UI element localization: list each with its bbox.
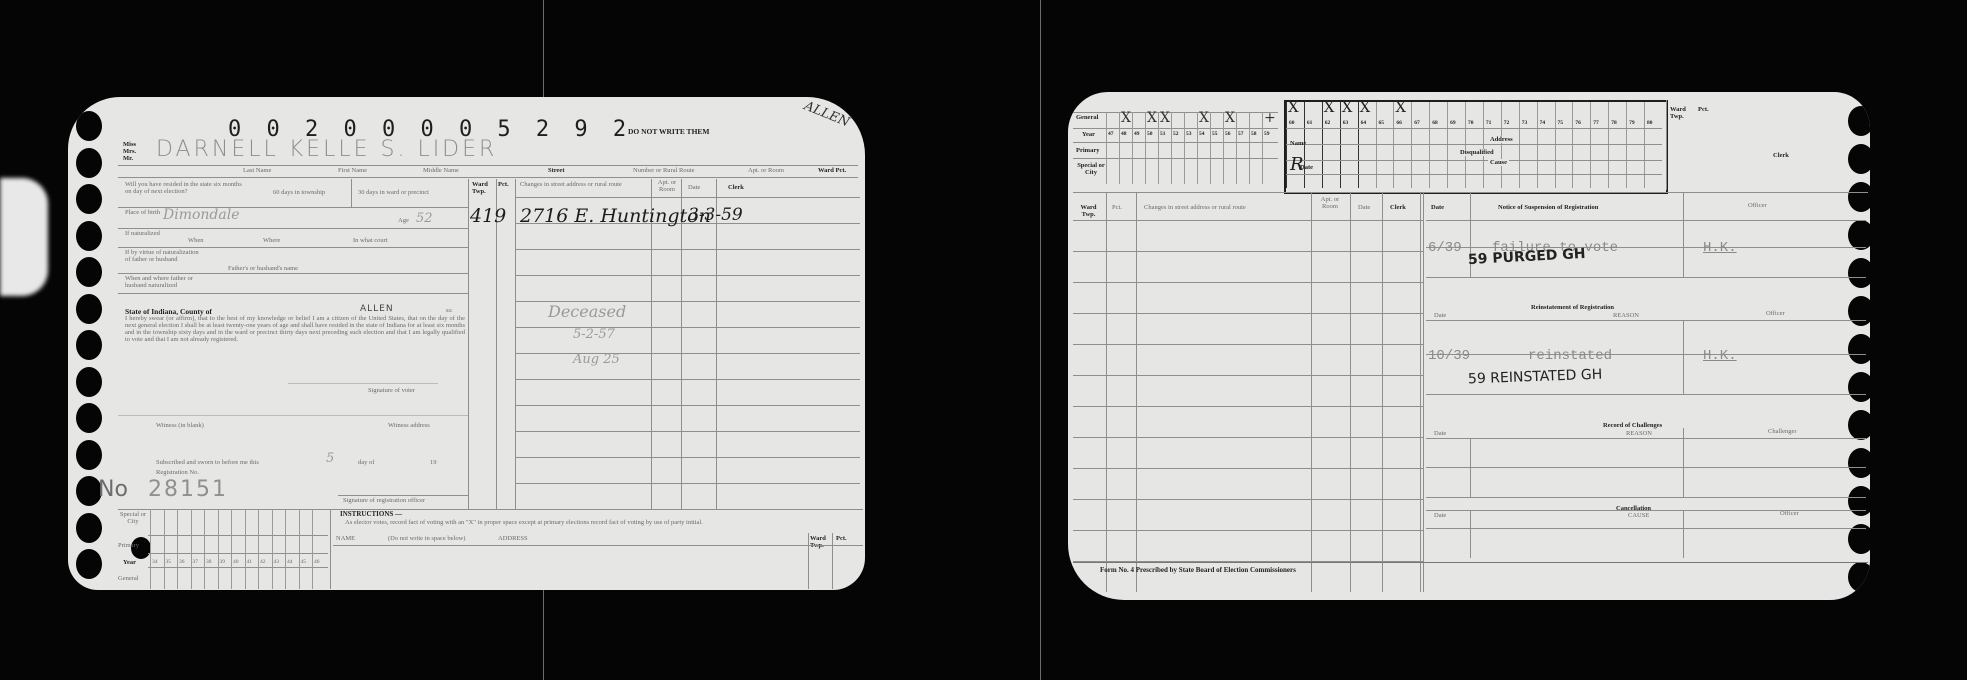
vote-grid-column: 50X (1145, 112, 1159, 184)
back-col-pct: Pct. (1112, 204, 1122, 211)
father-name-label: Father's or husband's name (228, 265, 298, 272)
label-apt-room: Apt. or Room (748, 167, 784, 174)
vote-grid-column: 71 (1483, 102, 1501, 188)
year-label: 71 (1486, 120, 1492, 127)
table-rule (515, 353, 860, 354)
vote-grid-column: 37 (191, 509, 205, 589)
year-label: 57 (1238, 131, 1244, 138)
year-label: 77 (1593, 120, 1599, 127)
instructions-text: As elector votes, record fact of voting … (345, 519, 795, 526)
col-ward-twp: Ward Twp. (472, 181, 496, 195)
age-value: 52 (416, 211, 433, 226)
year-label: 75 (1558, 120, 1564, 127)
birth-place: Dimondale (163, 207, 240, 223)
year-label: 60 (1289, 120, 1295, 127)
vote-grid-column: 61 (1304, 102, 1322, 188)
year-label: 76 (1575, 120, 1581, 127)
vote-grid-column: 63X (1340, 102, 1358, 188)
subscribed-year: 19 (430, 459, 437, 466)
corner-note: ALLEN (802, 99, 852, 131)
reinstatement-col-reason: REASON (1613, 312, 1639, 319)
year-label: 38 (206, 559, 212, 566)
punch-hole (76, 440, 102, 470)
cancellation-col-officer: Officer (1780, 510, 1799, 517)
oath-text: I hereby swear (or affirm), that to the … (125, 315, 465, 343)
residency-question: Will you have resided in the state six m… (125, 181, 245, 195)
punch-hole (76, 257, 102, 287)
cancellation-col-date: Date (1434, 512, 1446, 519)
title-mr: Mr. (123, 155, 133, 162)
year-label: 56 (1225, 131, 1231, 138)
suspension-col-officer: Officer (1748, 202, 1767, 209)
pencil-note-aug: Aug 25 (573, 352, 620, 367)
year-label: 58 (1251, 131, 1257, 138)
year-label: 62 (1325, 120, 1331, 127)
grid-label-primary: Primary (118, 542, 139, 549)
table-rule (1426, 497, 1866, 498)
witness-address-label: Witness address (388, 422, 430, 429)
vote-grid-column: 36 (177, 509, 191, 589)
col-date: Date (688, 184, 700, 191)
vote-grid-column: 47 (1106, 112, 1120, 184)
pencil-note-deceased: Deceased (548, 302, 626, 321)
registration-number: 28151 (148, 477, 228, 502)
reinstatement-title: Reinstatement of Registration (1531, 304, 1614, 311)
year-label: 63 (1343, 120, 1349, 127)
registration-card-front: 0 0 2 0 0 0 0 5 2 9 2 DO NOT WRITE THEM … (68, 97, 865, 590)
scan-divider-line (1040, 0, 1041, 680)
back-col-date: Date (1358, 204, 1370, 211)
year-label: 79 (1629, 120, 1635, 127)
back-grid-label-general: General (1076, 114, 1098, 121)
year-label: 70 (1468, 120, 1474, 127)
grid-label-year: Year (123, 559, 136, 566)
vote-grid-column: 38 (204, 509, 218, 589)
vote-grid-column: 43 (272, 509, 286, 589)
vote-mark: X (1395, 98, 1406, 116)
vote-mark: X (1360, 98, 1371, 116)
reinstatement-officer: H.K. (1703, 348, 1737, 364)
grid-label-special: Special or City (118, 511, 148, 525)
naturalized-label: If naturalized (125, 230, 160, 237)
vote-grid-column: 76 (1572, 102, 1590, 188)
vote-grid-column: 58 (1249, 112, 1263, 184)
reinstatement-reason: reinstated (1528, 348, 1612, 364)
punch-hole (1848, 448, 1870, 478)
table-rule (1073, 468, 1423, 469)
overlay-handwritten-r: R (1290, 154, 1304, 175)
table-rule (1426, 277, 1866, 278)
punch-hole (76, 294, 102, 324)
punch-hole (76, 184, 102, 214)
year-label: 35 (166, 559, 172, 566)
col-pct: Pct. (498, 181, 509, 188)
reinstated-stamp: 59 REINSTATED GH (1468, 367, 1603, 388)
year-label: 78 (1611, 120, 1617, 127)
punch-hole (76, 549, 102, 579)
year-label: 66 (1396, 120, 1402, 127)
punch-hole (76, 330, 102, 360)
table-rule (1426, 220, 1866, 221)
year-label: 47 (1108, 131, 1114, 138)
punch-hole (1848, 486, 1870, 516)
col-clerk: Clerk (728, 184, 744, 191)
vote-mark: X (1199, 110, 1209, 126)
vote-grid-column: 54X (1197, 112, 1211, 184)
reinstatement-col-date: Date (1434, 312, 1446, 319)
challenges-col-date: Date (1434, 430, 1446, 437)
table-rule (515, 379, 860, 380)
vote-grid-column: 59+ (1262, 112, 1276, 184)
birth-label: Place of birth (125, 209, 165, 216)
residency-ward: 30 days in ward or precinct (358, 189, 438, 196)
vote-grid-column: 35 (164, 509, 178, 589)
punch-hole (76, 111, 102, 141)
year-label: 36 (179, 559, 185, 566)
voter-name: DARNELL KELLE S. LIDER (156, 137, 497, 162)
table-rule (515, 431, 860, 432)
table-rule (1073, 499, 1423, 500)
reinstatement-date: 10/39 (1428, 348, 1470, 364)
year-label: 53 (1186, 131, 1192, 138)
year-label: 46 (314, 559, 320, 566)
grid-rule (1286, 144, 1662, 145)
vote-grid-column: 40 (231, 509, 245, 589)
pencil-note-date: 5-2-57 (573, 327, 615, 342)
label-middle-name: Middle Name (423, 167, 459, 174)
vote-grid-column: 70 (1465, 102, 1483, 188)
registration-no-label: Registration No. (156, 469, 199, 476)
witness-name-label: Witness (in blank) (156, 422, 204, 429)
year-label: 34 (152, 559, 158, 566)
year-label: 59 (1264, 131, 1270, 138)
back-grid-label-special: Special or City (1076, 162, 1106, 176)
punch-hole (76, 221, 102, 251)
back-col-address: Changes in street address or rural route (1144, 204, 1246, 211)
year-label: 54 (1199, 131, 1205, 138)
year-label: 37 (193, 559, 199, 566)
vote-grid-column: 67 (1411, 102, 1429, 188)
vote-grid-column: 64X (1358, 102, 1376, 188)
vote-mark: + (1264, 110, 1276, 126)
vote-grid-column: 55 (1210, 112, 1224, 184)
vote-mark: X (1288, 98, 1299, 116)
col-address-changes: Changes in street address or rural route (520, 181, 650, 188)
age-label: Age (398, 217, 409, 224)
punch-hole (1848, 106, 1870, 136)
change-ward-value: 419 (470, 205, 506, 227)
table-rule (515, 327, 860, 328)
table-rule (515, 197, 860, 198)
vote-grid-column: 72 (1501, 102, 1519, 188)
table-rule (1073, 220, 1423, 221)
title-mrs: Mrs. (123, 148, 136, 155)
registration-no-prefix: No (98, 477, 128, 502)
year-label: 51 (1160, 131, 1166, 138)
punch-hole (76, 403, 102, 433)
punch-hole (76, 513, 102, 543)
year-label: 40 (233, 559, 239, 566)
subscribed-day-of: day of (358, 459, 374, 466)
vote-mark: X (1160, 110, 1170, 126)
suspension-officer: H.K. (1703, 240, 1737, 256)
back-clerk-label: Clerk (1773, 152, 1789, 159)
change-address-value: 2716 E. Huntington (520, 205, 711, 227)
back-col-ward: Ward Twp. (1076, 204, 1101, 218)
challenges-title: Record of Challenges (1603, 422, 1662, 429)
table-rule (1073, 406, 1423, 407)
challenges-col-challenger: Challenger (1768, 428, 1797, 435)
vote-mark: X (1147, 110, 1157, 126)
year-label: 52 (1173, 131, 1179, 138)
table-rule (515, 483, 860, 484)
year-label: 42 (260, 559, 266, 566)
label-street: Street (548, 167, 564, 174)
vote-grid-column: 52 (1171, 112, 1185, 184)
table-rule (1073, 251, 1423, 252)
suspension-col-notice: Notice of Suspension of Registration (1498, 204, 1598, 211)
label-last-name: Last Name (243, 167, 271, 174)
card-tab-edge (0, 178, 48, 296)
label-number-route: Number or Rural Route (633, 167, 695, 174)
vote-grid-column: 53 (1184, 112, 1198, 184)
vote-grid-column: 77 (1590, 102, 1608, 188)
vote-grid-column: 45 (299, 509, 313, 589)
vote-mark: X (1225, 110, 1235, 126)
back-grid-label-primary: Primary (1076, 147, 1099, 154)
vote-grid-column: 57 (1236, 112, 1250, 184)
table-rule (515, 275, 860, 276)
table-rule (515, 249, 860, 250)
vote-grid-column: 75 (1555, 102, 1573, 188)
vote-grid-column: 34 (150, 509, 164, 589)
label-first-name: First Name (338, 167, 367, 174)
back-pct-label: Pct. (1698, 106, 1709, 113)
vote-grid-column: 48X (1119, 112, 1133, 184)
year-label: 39 (220, 559, 226, 566)
grid-rule (1286, 160, 1662, 161)
vote-grid-column: 74 (1537, 102, 1555, 188)
form-footer: Form No. 4 Prescribed by State Board of … (1100, 567, 1296, 574)
registration-card-back: General Year Primary Special or City 474… (1068, 92, 1870, 600)
instructions-name-label: NAME (336, 535, 355, 542)
father-naturalized-label: When and where father or husband natural… (125, 275, 210, 289)
punch-hole (1848, 182, 1870, 212)
year-label: 41 (247, 559, 253, 566)
year-label: 50 (1147, 131, 1153, 138)
year-label: 74 (1540, 120, 1546, 127)
table-rule (1426, 528, 1866, 529)
table-rule (1426, 354, 1866, 355)
punch-hole (76, 367, 102, 397)
table-rule (1073, 344, 1423, 345)
punch-hole (1848, 144, 1870, 174)
instructions-pct-label: Pct. (836, 535, 847, 542)
vote-grid-column: 62X (1322, 102, 1340, 188)
back-col-apt: Apt. or Room (1316, 196, 1344, 210)
purged-stamp: 59 PURGED GH (1468, 246, 1586, 268)
year-label: 61 (1307, 120, 1313, 127)
back-col-clerk: Clerk (1390, 204, 1406, 211)
overlay-cause-label: Cause (1488, 159, 1509, 166)
vote-grid-column: 42 (258, 509, 272, 589)
year-label: 67 (1414, 120, 1420, 127)
header-notice: DO NOT WRITE THEM (628, 127, 709, 136)
change-date-value: 3-3-59 (688, 205, 743, 225)
vote-grid-column: 68 (1429, 102, 1447, 188)
grid-rule (1286, 128, 1662, 129)
grid-label-general: General (118, 575, 139, 582)
table-rule (515, 405, 860, 406)
vote-grid-column: 44 (285, 509, 299, 589)
table-rule (1073, 313, 1423, 314)
naturalized-when: When (188, 237, 204, 244)
year-label: 68 (1432, 120, 1438, 127)
overlay-disqualified-label: Disqualified (1458, 149, 1496, 156)
instructions-no-write: (Do not write in space below) (388, 535, 465, 542)
punch-hole (1848, 296, 1870, 326)
instructions-heading: INSTRUCTIONS — (340, 511, 402, 518)
registration-officer-label: Signature of registration officer (343, 497, 425, 504)
naturalized-by-virtue: If by virtue of naturalization of father… (125, 249, 205, 263)
punch-hole (1848, 372, 1870, 402)
year-label: 80 (1647, 120, 1653, 127)
table-rule (1073, 282, 1423, 283)
subscribed-day: 5 (326, 451, 334, 466)
year-label: 49 (1134, 131, 1140, 138)
punch-hole (1848, 562, 1870, 592)
vote-grid-column: 41 (245, 509, 259, 589)
table-rule (1426, 394, 1866, 395)
vote-grid-column: 56X (1223, 112, 1237, 184)
suspension-col-date: Date (1431, 204, 1444, 211)
table-rule (1073, 375, 1423, 376)
year-label: 43 (274, 559, 280, 566)
naturalized-where: Where (263, 237, 280, 244)
oath-county: ALLEN (360, 305, 394, 314)
vote-grid-column: 39 (218, 509, 232, 589)
instructions-ward-label: Ward Twp. (810, 535, 828, 549)
title-miss: Miss (123, 141, 136, 148)
subscribed-text: Subscribed and sworn to before me this (156, 459, 259, 466)
year-label: 55 (1212, 131, 1218, 138)
year-label: 48 (1121, 131, 1127, 138)
year-label: 64 (1361, 120, 1367, 127)
year-label: 69 (1450, 120, 1456, 127)
table-rule (515, 457, 860, 458)
vote-grid-column: 66X (1393, 102, 1411, 188)
challenges-col-reason: REASON (1626, 430, 1652, 437)
punch-hole (76, 148, 102, 178)
year-label: 72 (1504, 120, 1510, 127)
vote-grid-column: 69 (1447, 102, 1465, 188)
year-label: 45 (301, 559, 307, 566)
instructions-address-label: ADDRESS (498, 535, 528, 542)
vote-mark: X (1324, 98, 1335, 116)
vote-grid-column: 78 (1608, 102, 1626, 188)
table-rule (1073, 530, 1423, 531)
col-apt-room: Apt. or Room (654, 179, 680, 193)
vote-mark: X (1342, 98, 1353, 116)
reinstatement-col-officer: Officer (1766, 310, 1785, 317)
punch-hole (1848, 258, 1870, 288)
table-rule (1073, 437, 1423, 438)
punch-hole (1848, 334, 1870, 364)
year-label: 44 (287, 559, 293, 566)
back-ward-label: Ward Twp. (1670, 106, 1690, 120)
punch-hole (1848, 410, 1870, 440)
table-rule (1426, 467, 1866, 468)
vote-grid-column: 80 (1644, 102, 1662, 188)
vote-grid-column: 51X (1158, 112, 1172, 184)
vote-grid-column: 79 (1626, 102, 1644, 188)
cancellation-title: Cancellation (1616, 505, 1651, 512)
vote-grid-column: 46 (312, 509, 326, 589)
label-ward-pct: Ward Pct. (818, 167, 846, 174)
voter-signature-label: Signature of voter (368, 387, 415, 394)
cancellation-col-cause: CAUSE (1628, 512, 1649, 519)
year-label: 73 (1522, 120, 1528, 127)
vote-grid-column: 49 (1132, 112, 1146, 184)
vote-grid-column: 65 (1376, 102, 1394, 188)
oath-ss: ss: (446, 307, 453, 314)
residency-township: 60 days in township (273, 189, 333, 196)
year-label: 65 (1379, 120, 1385, 127)
punch-hole (1848, 220, 1870, 250)
naturalized-court: In what court (353, 237, 388, 244)
table-rule (1426, 438, 1866, 439)
suspension-date: 6/39 (1428, 240, 1462, 256)
vote-mark: X (1121, 110, 1131, 126)
back-grid-label-year: Year (1082, 131, 1095, 138)
vote-grid-column: 73 (1519, 102, 1537, 188)
overlay-name-label: Name (1290, 140, 1306, 147)
grid-rule (1286, 174, 1662, 175)
overlay-address-label: Address (1488, 136, 1515, 143)
